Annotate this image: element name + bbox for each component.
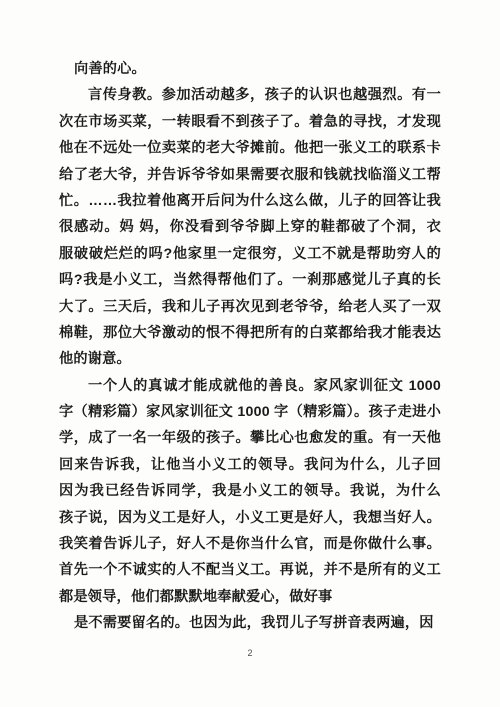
- text-line: 大了。三天后，我和儿子再次见到老爷爷，给老人买了一双: [59, 294, 441, 320]
- text-line: 学，成了一名一年级的孩子。攀比心也愈发的重。有一天他: [59, 425, 441, 451]
- text-line: 次在市场买菜，一转眼看不到孩子了。着急的寻找，才发现: [59, 109, 441, 135]
- text-line: 很感动。妈 妈，你没看到爷爷脚上穿的鞋都破了个洞，衣: [59, 214, 441, 240]
- text-line: 回来告诉我，让他当小义工的领导。我问为什么，儿子回答，: [59, 452, 441, 478]
- text-line: 都是领导，他们都默默地奉献爱心，做好事: [59, 584, 441, 610]
- document-page: 向善的心。言传身教。参加活动越多，孩子的认识也越强烈。有一次在市场买菜，一转眼看…: [0, 0, 500, 707]
- text-line: 一个人的真诚才能成就他的善良。家风家训征文 1000: [59, 373, 441, 399]
- text-line: 棉鞋，那位大爷激动的恨不得把所有的白菜都给我才能表达: [59, 320, 441, 346]
- text-block: 向善的心。言传身教。参加活动越多，孩子的认识也越强烈。有一次在市场买菜，一转眼看…: [59, 56, 441, 637]
- text-line: 忙。……我拉着他离开后问为什么这么做，儿子的回答让我: [59, 188, 441, 214]
- text-line: 言传身教。参加活动越多，孩子的认识也越强烈。有一: [59, 82, 441, 108]
- text-line: 我笑着告诉儿子，好人不是你当什么官，而是你做什么事。: [59, 531, 441, 557]
- text-line: 吗?我是小义工，当然得帮他们了。一刹那感觉儿子真的长: [59, 267, 441, 293]
- text-line: 服破破烂烂的吗?他家里一定很穷，义工不就是帮助穷人的: [59, 241, 441, 267]
- text-line: 因为我已经告诉同学，我是小义工的领导。我说，为什么呢。: [59, 478, 441, 504]
- text-line: 给了老大爷，并告诉爷爷如果需要衣服和钱就找临淄义工帮: [59, 162, 441, 188]
- text-line: 向善的心。: [59, 56, 441, 82]
- page-number: 2: [0, 648, 500, 658]
- text-line: 他在不远处一位卖菜的老大爷摊前。他把一张义工的联系卡: [59, 135, 441, 161]
- text-line: 是不需要留名的。也因为此，我罚儿子写拼音表两遍，因: [59, 610, 441, 636]
- text-line: 孩子说，因为义工是好人，小义工更是好人，我想当好人。: [59, 505, 441, 531]
- text-line: 首先一个不诚实的人不配当义工。再说，并不是所有的义工: [59, 557, 441, 583]
- text-line: 字（精彩篇）家风家训征文 1000 字（精彩篇）。孩子走进小: [59, 399, 441, 425]
- text-line: 他的谢意。: [59, 346, 441, 372]
